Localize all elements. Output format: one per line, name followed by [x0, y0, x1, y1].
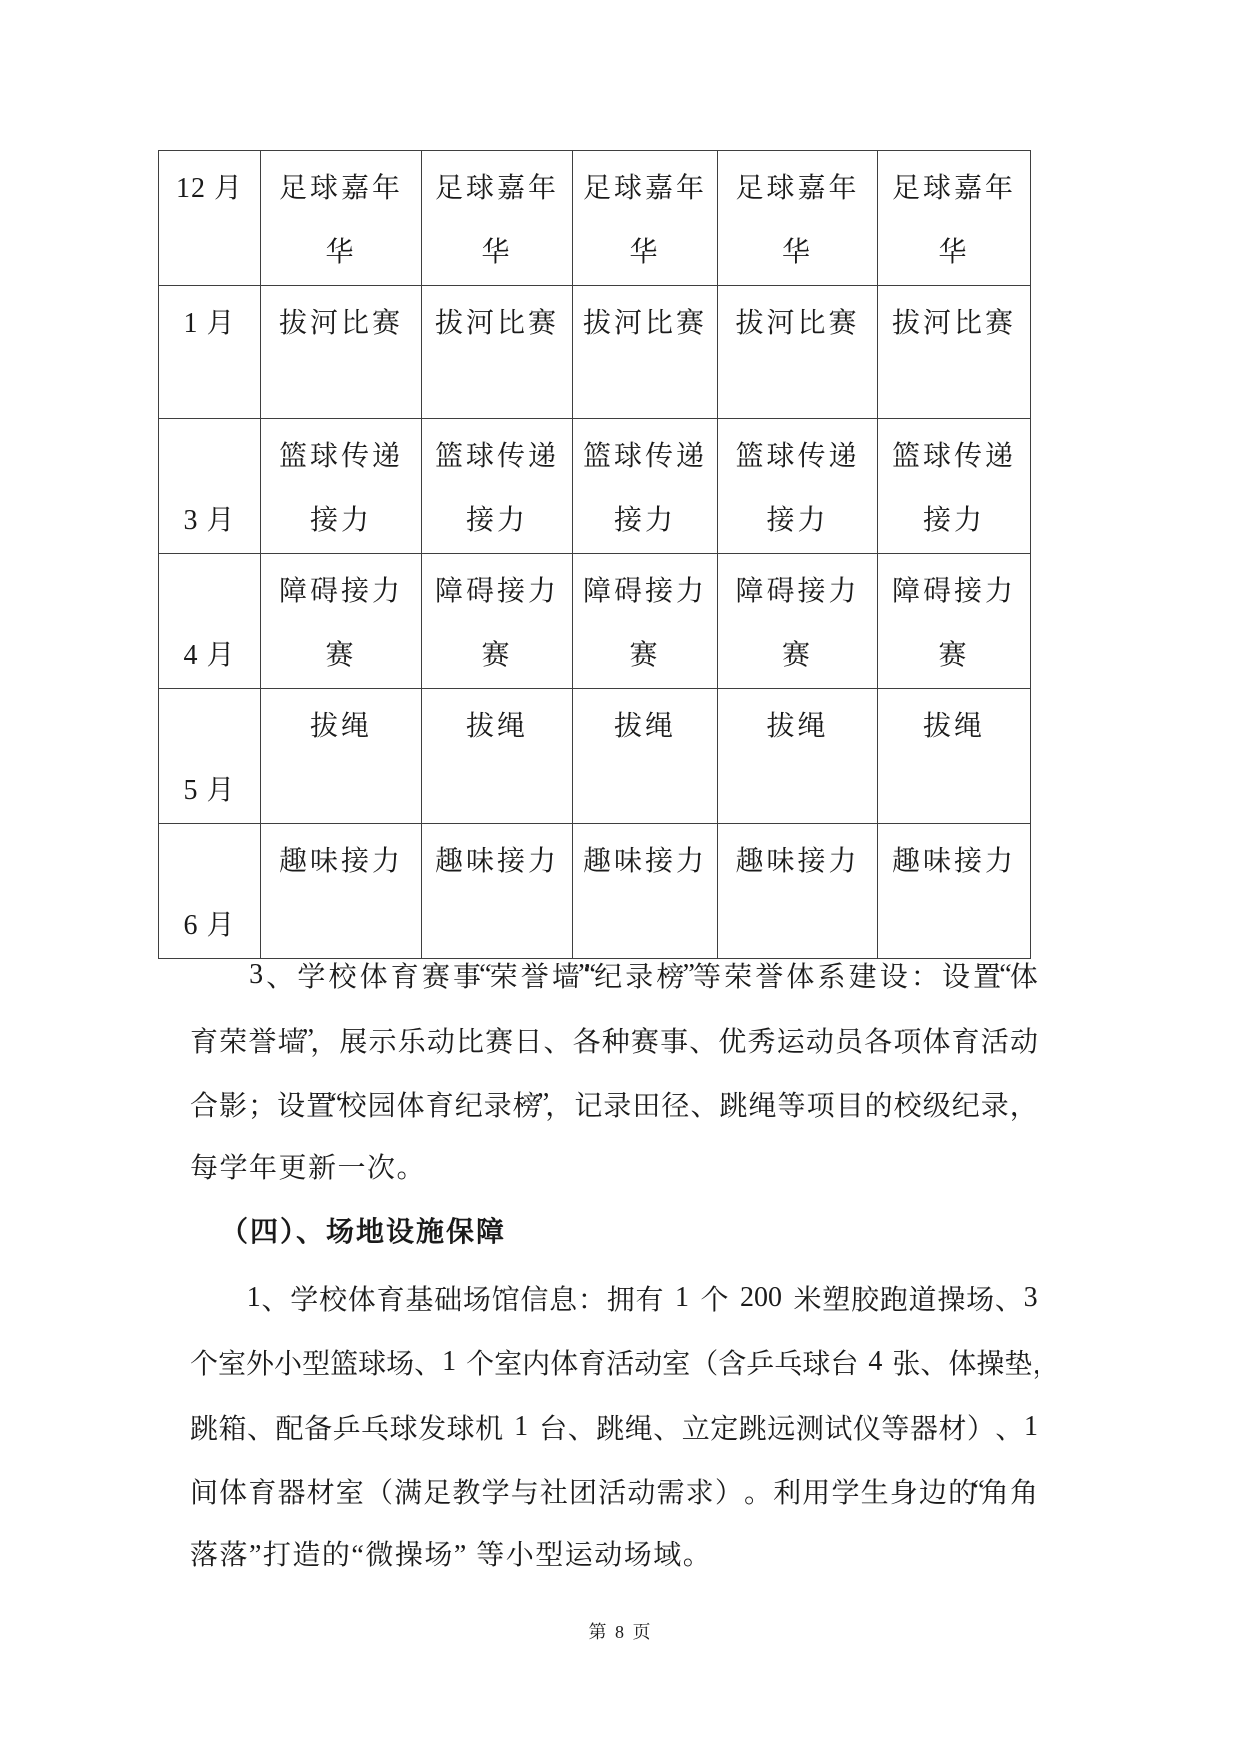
- activity-cell: 拔河比赛: [878, 286, 1031, 419]
- activity-cell: 足球嘉年华: [718, 151, 878, 286]
- doc-line: 1、学校体育基础场馆信息：拥有1个200米塑胶跑道操场、3: [190, 1266, 1038, 1331]
- activity-cell: 足球嘉年华: [573, 151, 718, 286]
- activity-cell: 拔绳: [878, 689, 1031, 824]
- month-cell: 3 月: [159, 419, 261, 554]
- activity-cell: 障碍接力赛: [261, 554, 422, 689]
- activity-cell: 足球嘉年华: [878, 151, 1031, 286]
- activity-cell: 拔河比赛: [718, 286, 878, 419]
- table-row: 6 月趣味接力趣味接力趣味接力趣味接力趣味接力: [159, 824, 1031, 959]
- doc-line: 3、学校体育赛事“荣誉墙”“纪录榜”等荣誉体系建设：设置“体: [190, 943, 1038, 1008]
- activity-cell: 篮球传递接力: [422, 419, 573, 554]
- table-row: 1 月拔河比赛拔河比赛拔河比赛拔河比赛拔河比赛: [159, 286, 1031, 419]
- table-row: 3 月篮球传递接力篮球传递接力篮球传递接力篮球传递接力篮球传递接力: [159, 419, 1031, 554]
- activity-cell: 篮球传递接力: [878, 419, 1031, 554]
- doc-line: 跳箱、配备乒乓球发球机1台、跳绳、立定跳远测试仪等器材）、1: [190, 1395, 1038, 1460]
- table-row: 5 月拔绳拔绳拔绳拔绳拔绳: [159, 689, 1031, 824]
- table-row: 4 月障碍接力赛障碍接力赛障碍接力赛障碍接力赛障碍接力赛: [159, 554, 1031, 689]
- activity-cell: 障碍接力赛: [573, 554, 718, 689]
- doc-line: 落落”打造的“微操场” 等小型运动场域。: [190, 1524, 1038, 1589]
- activity-cell: 足球嘉年华: [422, 151, 573, 286]
- month-cell: 6 月: [159, 824, 261, 959]
- monthly-activity-table: 12 月足球嘉年华足球嘉年华足球嘉年华足球嘉年华足球嘉年华1 月拔河比赛拔河比赛…: [158, 150, 1031, 959]
- doc-line: 合影；设置“校园体育纪录榜”，记录田径、跳绳等项目的校级纪录，: [190, 1072, 1038, 1137]
- section-heading: （四）、场地设施保障: [190, 1201, 1038, 1266]
- doc-line: 间体育器材室（满足教学与社团活动需求）。利用学生身边的“角角: [190, 1459, 1038, 1524]
- activity-cell: 拔绳: [261, 689, 422, 824]
- page-number-footer: 第 8 页: [0, 1618, 1241, 1644]
- month-cell: 12 月: [159, 151, 261, 286]
- doc-line: 个室外小型篮球场、1个室内体育活动室（含乒乓球台4张、体操垫，: [190, 1330, 1038, 1395]
- month-cell: 4 月: [159, 554, 261, 689]
- activity-cell: 篮球传递接力: [718, 419, 878, 554]
- activity-cell: 拔绳: [573, 689, 718, 824]
- activity-cell: 篮球传递接力: [261, 419, 422, 554]
- activity-cell: 障碍接力赛: [718, 554, 878, 689]
- activity-cell: 拔河比赛: [422, 286, 573, 419]
- activity-cell: 篮球传递接力: [573, 419, 718, 554]
- table-row: 12 月足球嘉年华足球嘉年华足球嘉年华足球嘉年华足球嘉年华: [159, 151, 1031, 286]
- activity-cell: 趣味接力: [422, 824, 573, 959]
- activity-cell: 足球嘉年华: [261, 151, 422, 286]
- document-page: 12 月足球嘉年华足球嘉年华足球嘉年华足球嘉年华足球嘉年华1 月拔河比赛拔河比赛…: [0, 0, 1241, 1754]
- activity-cell: 趣味接力: [573, 824, 718, 959]
- body-text: 3、学校体育赛事“荣誉墙”“纪录榜”等荣誉体系建设：设置“体育荣誉墙”，展示乐动…: [190, 943, 1038, 1588]
- activity-cell: 拔绳: [422, 689, 573, 824]
- activity-cell: 趣味接力: [261, 824, 422, 959]
- doc-line: 育荣誉墙”，展示乐动比赛日、各种赛事、优秀运动员各项体育活动: [190, 1008, 1038, 1073]
- month-cell: 1 月: [159, 286, 261, 419]
- activity-cell: 拔河比赛: [261, 286, 422, 419]
- activity-cell: 趣味接力: [878, 824, 1031, 959]
- activity-cell: 障碍接力赛: [878, 554, 1031, 689]
- month-cell: 5 月: [159, 689, 261, 824]
- doc-line: 每学年更新一次。: [190, 1137, 1038, 1202]
- activity-cell: 障碍接力赛: [422, 554, 573, 689]
- activity-cell: 拔河比赛: [573, 286, 718, 419]
- activity-cell: 拔绳: [718, 689, 878, 824]
- activity-cell: 趣味接力: [718, 824, 878, 959]
